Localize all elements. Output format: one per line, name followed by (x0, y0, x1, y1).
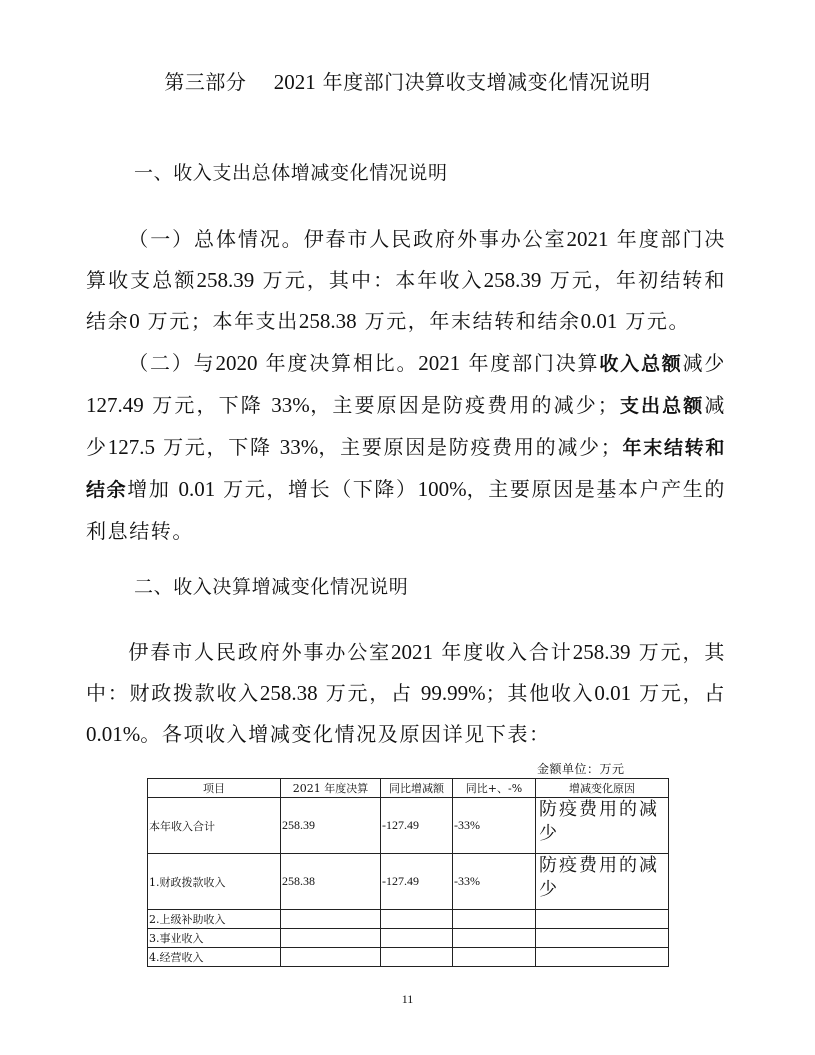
table-header-row: 项目 2021 年度决算 同比增减额 同比+、-% 增减变化原因 (148, 779, 669, 798)
header-reason: 增减变化原因 (536, 779, 669, 798)
title-year: 2021 (274, 70, 316, 94)
page-title: 第三部分 2021 年度部门决算收支增减变化情况说明 (0, 66, 815, 95)
section1-paragraph1: （一）总体情况。伊春市人民政府外事办公室2021 年度部门决算收支总额258.3… (86, 219, 726, 342)
table-row: 3.事业收入 (148, 929, 669, 948)
section1-paragraph2: （二）与2020 年度决算相比。2021 年度部门决算收入总额减少127.49 … (86, 343, 726, 552)
section2-heading: 二、收入决算增减变化情况说明 (134, 572, 408, 599)
table-row: 1.财政拨款收入 258.38 -127.49 -33% 防疫费用的减少 (148, 854, 669, 910)
page-number: 11 (0, 992, 815, 1007)
header-yoy-change: 同比增减额 (381, 779, 453, 798)
header-yoy-pct: 同比+、-% (453, 779, 536, 798)
header-item: 项目 (148, 779, 281, 798)
header-final-account: 2021 年度决算 (281, 779, 381, 798)
unit-note: 金额单位：万元 (537, 760, 625, 777)
bold-expense-total: 支出总额 (619, 395, 704, 417)
table-row: 2.上级补助收入 (148, 910, 669, 929)
section1-heading: 一、收入支出总体增减变化情况说明 (134, 158, 448, 185)
table-row: 本年收入合计 258.39 -127.49 -33% 防疫费用的减少 (148, 798, 669, 854)
bold-income-total: 收入总额 (599, 353, 682, 375)
income-change-table: 项目 2021 年度决算 同比增减额 同比+、-% 增减变化原因 本年收入合计 … (147, 778, 669, 967)
title-suffix: 年度部门决算收支增减变化情况说明 (323, 70, 651, 94)
section2-paragraph: 伊春市人民政府外事办公室2021 年度收入合计258.39 万元，其中：财政拨款… (86, 632, 726, 755)
table-row: 4.经营收入 (148, 948, 669, 967)
title-prefix: 第三部分 (164, 70, 246, 94)
